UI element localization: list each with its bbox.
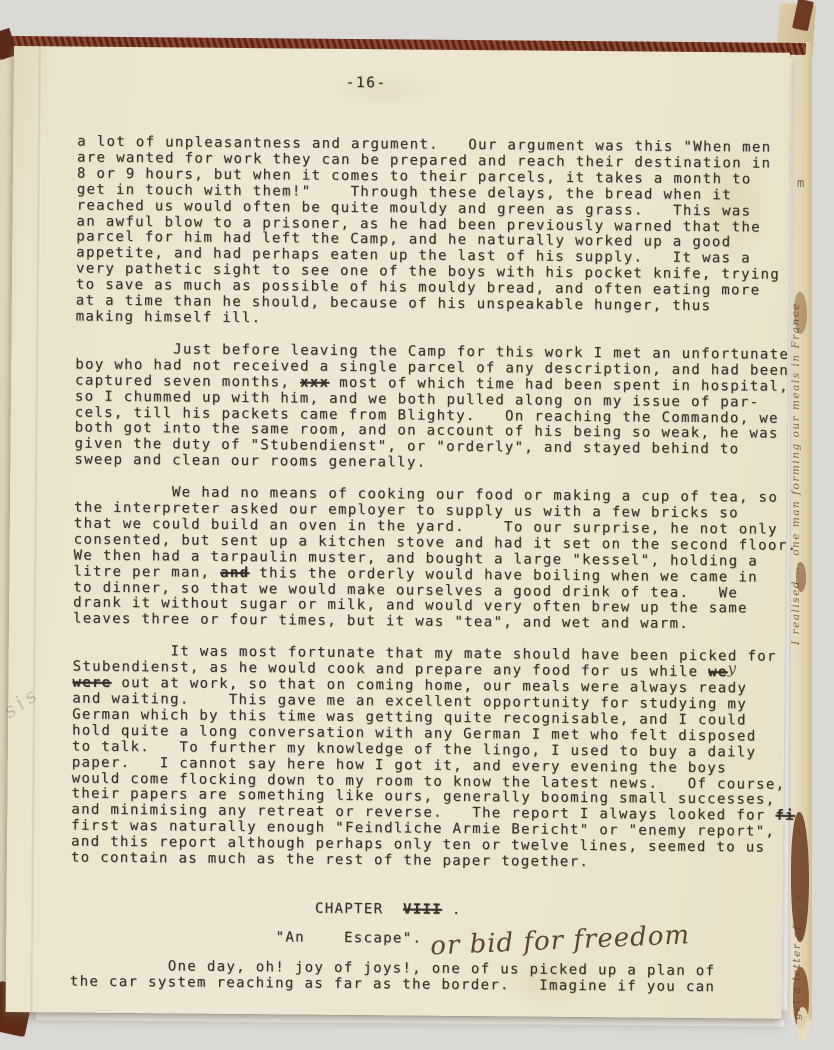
text-line: leaves three or four times, but it was "… xyxy=(73,612,789,634)
show-through-letter: m xyxy=(797,176,804,190)
paragraph: CHAPTER VIII . xyxy=(70,899,786,921)
manuscript-page: -16- a lot of unpleasantness and argumen… xyxy=(6,46,790,1019)
struck-out-text: xxx xyxy=(300,374,329,390)
text-line: CHAPTER VIII . xyxy=(70,899,786,921)
typewritten-text-block: a lot of unpleasantness and argument. Ou… xyxy=(70,135,793,997)
paragraph: "An Escape".or bid for freedom xyxy=(70,928,786,950)
vertical-marginalia-lower: get a letter of ... y xyxy=(791,690,803,1020)
page-fold-line xyxy=(30,46,42,1012)
paragraph: Just before leaving the Camp for this wo… xyxy=(74,341,791,474)
paragraph: We had no means of cooking our food or m… xyxy=(73,485,790,634)
struck-out-text: and xyxy=(220,564,249,580)
vertical-marginalia-upper: I realised ... one man forming our meals… xyxy=(790,290,802,645)
struck-out-text: were xyxy=(72,675,111,691)
struck-out-text: VIII xyxy=(403,901,442,917)
handwritten-annotation: or bid for freedom xyxy=(430,935,690,946)
paragraph: It was most fortunate that my mate shoul… xyxy=(71,644,789,873)
paragraph: a lot of unpleasantness and argument. Ou… xyxy=(76,135,794,332)
struck-out-text: we xyxy=(708,664,728,680)
text-line: "An Escape".or bid for freedom xyxy=(70,928,786,950)
paragraph: One day, oh! joy of joys!, one of us pic… xyxy=(70,958,786,996)
book-photo: I realised ... one man forming our meals… xyxy=(0,0,834,1050)
page-number: -16- xyxy=(346,75,387,91)
